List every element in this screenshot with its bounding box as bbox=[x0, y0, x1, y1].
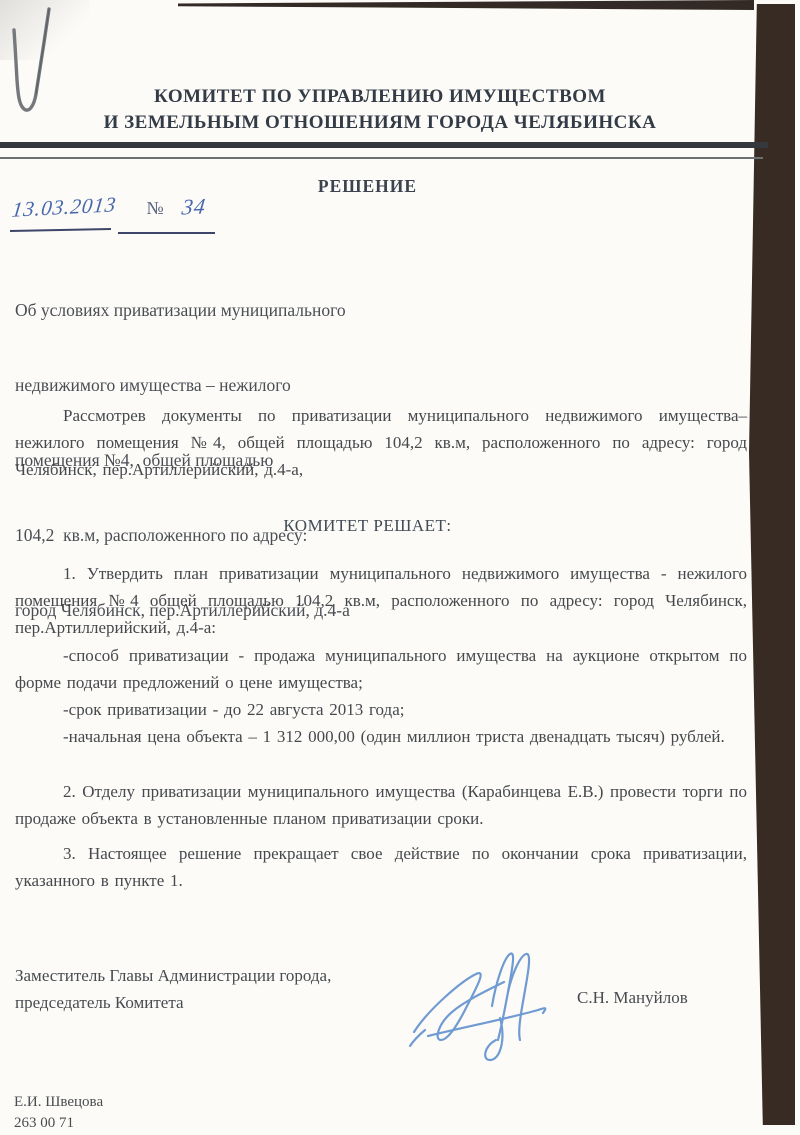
org-name-line1: КОМИТЕТ ПО УПРАВЛЕНИЮ ИМУЩЕСТВОМ bbox=[0, 84, 760, 110]
signer-title: Заместитель Главы Администрации города, … bbox=[15, 962, 331, 1016]
scanned-document-page: КОМИТЕТ ПО УПРАВЛЕНИЮ ИМУЩЕСТВОМ И ЗЕМЕЛ… bbox=[0, 0, 800, 1135]
executor-block: Е.И. Швецова 263 00 71 bbox=[14, 1092, 103, 1134]
decision-subitem: -способ приватизации - продажа муниципал… bbox=[15, 642, 747, 696]
subject-line: Об условиях приватизации муниципального bbox=[15, 298, 350, 323]
scan-edge-right bbox=[749, 4, 795, 1125]
header-rule-thin bbox=[0, 157, 763, 159]
signature-handwriting bbox=[408, 948, 553, 1068]
signer-title-line1: Заместитель Главы Администрации города, bbox=[15, 962, 331, 989]
decision-item-2: 2. Отделу приватизации муниципального им… bbox=[15, 778, 747, 832]
date-underline bbox=[10, 228, 111, 232]
scan-edge-top bbox=[178, 0, 754, 10]
executor-name: Е.И. Швецова bbox=[14, 1092, 103, 1113]
signer-title-line2: председатель Комитета bbox=[15, 989, 331, 1016]
decision-item-3: 3. Настоящее решение прекращает свое дей… bbox=[15, 840, 747, 894]
subject-line: недвижимого имущества – нежилого bbox=[15, 373, 350, 398]
header-rule-thick bbox=[0, 142, 768, 148]
handwritten-number: 34 bbox=[180, 193, 207, 220]
resolve-heading: КОМИТЕТ РЕШАЕТ: bbox=[0, 516, 735, 536]
number-underline bbox=[118, 232, 215, 234]
decision-subitem: -начальная цена объекта – 1 312 000,00 (… bbox=[15, 723, 747, 750]
decision-subitem: -срок приватизации - до 22 августа 2013 … bbox=[15, 696, 747, 723]
decision-item-1: 1. Утвердить план приватизации муниципал… bbox=[15, 560, 747, 641]
handwritten-date: 13.03.2013 bbox=[11, 192, 118, 223]
date-number-row: 13.03.2013 № 34 bbox=[12, 194, 206, 220]
executor-phone: 263 00 71 bbox=[14, 1113, 103, 1134]
org-name-line2: И ЗЕМЕЛЬНЫМ ОТНОШЕНИЯМ ГОРОДА ЧЕЛЯБИНСКА bbox=[0, 110, 760, 136]
number-sign: № bbox=[147, 198, 164, 219]
signer-name: С.Н. Мануйлов bbox=[577, 988, 688, 1008]
intro-paragraph: Рассмотрев документы по приватизации мун… bbox=[15, 402, 747, 483]
org-header: КОМИТЕТ ПО УПРАВЛЕНИЮ ИМУЩЕСТВОМ И ЗЕМЕЛ… bbox=[0, 84, 760, 136]
